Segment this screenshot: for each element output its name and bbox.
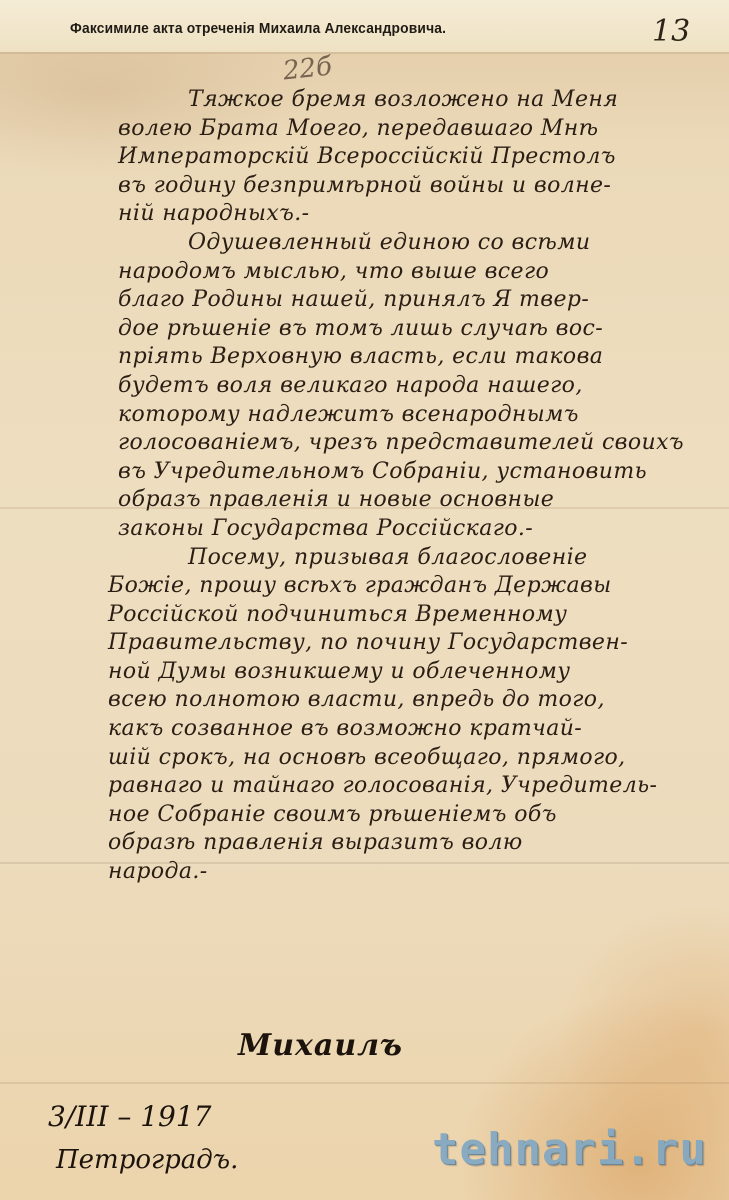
- text-line: народа.-: [108, 858, 698, 887]
- text-line: образѣ правленія выразитъ волю: [108, 829, 698, 858]
- manuscript-body: Тяжкое бремя возложено на Меня волею Бра…: [118, 86, 698, 887]
- text-line: въ Учредительномъ Собраніи, установить: [118, 458, 698, 487]
- text-line: ное Собраніе своимъ рѣшеніемъ объ: [108, 801, 698, 830]
- text-line: всею полнотою власти, впредь до того,: [108, 686, 698, 715]
- archive-number: 22б: [282, 52, 334, 87]
- signature: Михаилъ: [238, 1028, 403, 1063]
- text-line: будетъ воля великаго народа нашего,: [118, 372, 698, 401]
- text-line: ній народныхъ.-: [118, 200, 698, 229]
- text-line: шій срокъ, на основѣ всеобщаго, прямого,: [108, 744, 698, 773]
- text-line: какъ созванное въ возможно кратчай-: [108, 715, 698, 744]
- page-title: Факсимиле акта отреченія Михаила Алексан…: [70, 20, 446, 37]
- text-line: въ годину безпримѣрной войны и волне-: [118, 172, 698, 201]
- text-line: Одушевленный единою со всѣми: [118, 229, 698, 258]
- text-line: Правительству, по почину Государствен-: [108, 629, 698, 658]
- text-line: голосованіемъ, чрезъ представителей свои…: [118, 429, 698, 458]
- text-line: образъ правленія и новые основные: [118, 486, 698, 515]
- text-line: пріять Верховную власть, если такова: [118, 343, 698, 372]
- watermark-logo: tehnari.ru: [432, 1124, 707, 1175]
- text-line: законы Государства Россійскаго.-: [118, 515, 698, 544]
- text-line: Россійской подчиниться Временному: [108, 601, 698, 630]
- text-line: Божіе, прошу всѣхъ гражданъ Державы: [108, 572, 698, 601]
- text-line: Императорскій Всероссійскій Престолъ: [118, 143, 698, 172]
- page-number: 13: [652, 14, 690, 49]
- text-line: благо Родины нашей, принялъ Я твер-: [118, 286, 698, 315]
- text-line: Посему, призывая благословеніе: [118, 544, 698, 573]
- fold-line: [0, 52, 729, 54]
- text-line: народомъ мыслью, что выше всего: [118, 258, 698, 287]
- text-line: ной Думы возникшему и облеченному: [108, 658, 698, 687]
- text-line: равнаго и тайнаго голосованія, Учредител…: [108, 772, 698, 801]
- header-strip: Факсимиле акта отреченія Михаила Алексан…: [0, 0, 729, 52]
- text-line: Тяжкое бремя возложено на Меня: [118, 86, 698, 115]
- text-line: волею Брата Моего, передавшаго Мнѣ: [118, 115, 698, 144]
- text-line: дое рѣшеніе въ томъ лишь случаѣ вос-: [118, 315, 698, 344]
- text-line: которому надлежитъ всенароднымъ: [118, 401, 698, 430]
- document-place: Петроградъ.: [56, 1145, 238, 1175]
- document-date: 3/III – 1917: [48, 1100, 212, 1133]
- fold-line: [0, 1082, 729, 1084]
